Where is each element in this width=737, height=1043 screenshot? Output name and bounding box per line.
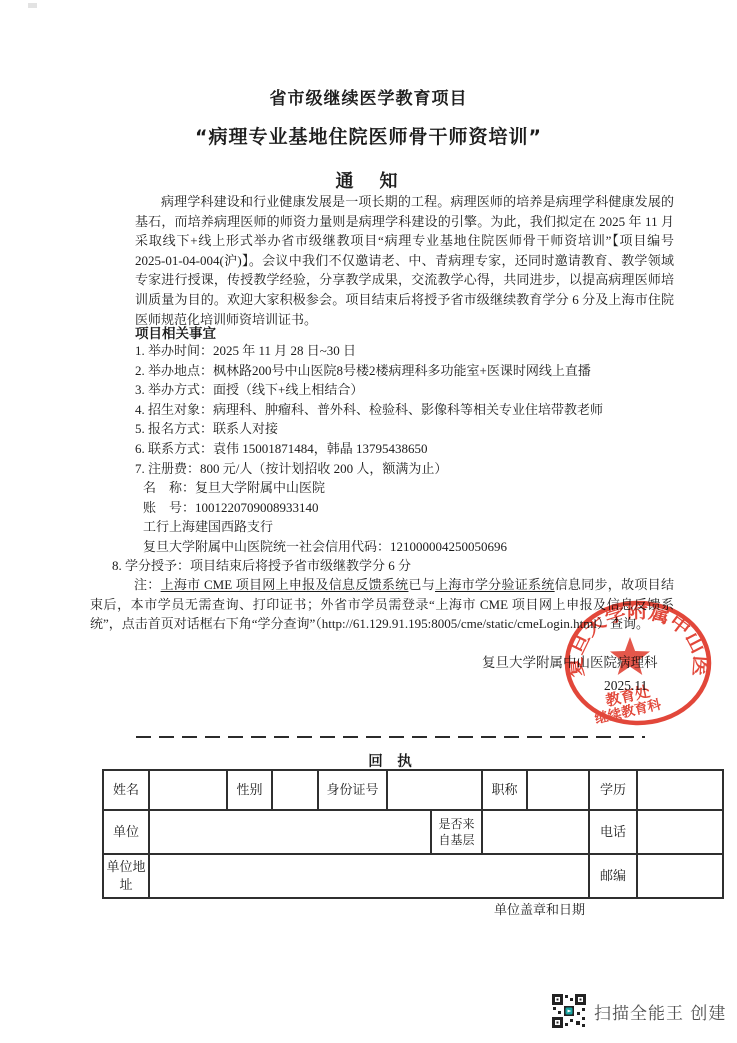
value-cell-education xyxy=(637,770,723,810)
label-phone: 电话 xyxy=(589,810,637,854)
label-org-address: 单位地址 xyxy=(103,854,149,898)
value-cell-org xyxy=(149,810,431,854)
value-cell-from-grassroots xyxy=(482,810,589,854)
cme-system-name: 上海市 CME 项目网上申报及信息反馈系统 xyxy=(161,577,409,592)
item-contacts: 6. 联系方式：袁伟 15001871484，韩晶 13795438650 xyxy=(135,439,680,459)
item-audience: 4. 招生对象：病理科、肿瘤科、普外科、检验科、影像科等相关专业住培带教老师 xyxy=(135,400,680,420)
value-cell-org-address xyxy=(149,854,589,898)
item-credits: 8. 学分授予：项目结束后将授予省市级继教学分 6 分 xyxy=(112,556,411,576)
item-registration: 5. 报名方式：联系人对接 xyxy=(135,419,680,439)
intro-paragraph: 病理学科建设和行业健康发展是一项长期的工程。病理医师的培养是病理学科健康发展的基… xyxy=(135,192,674,329)
stamp-date-note: 单位盖章和日期 xyxy=(494,899,585,918)
label-org: 单位 xyxy=(103,810,149,854)
item-fee: 7. 注册费：800 元/人（按计划招收 200 人，额满为止） xyxy=(135,459,680,479)
seal-star-icon xyxy=(610,637,650,675)
scan-speck xyxy=(28,3,37,8)
camscanner-watermark: 扫描全能王 创建 xyxy=(551,993,726,1029)
scanned-notice-page: 省市级继续医学教育项目 “病理专业基地住院医师骨干师资培训” 通 知 病理学科建… xyxy=(0,0,737,1043)
section-heading: 项目相关事宜 xyxy=(135,322,216,342)
value-cell-job-title xyxy=(527,770,589,810)
label-zip: 邮编 xyxy=(589,854,637,898)
tear-off-dashed-line xyxy=(136,736,645,738)
bank-info: 名 称：复旦大学附属中山医院 账 号：1001220709008933140 工… xyxy=(143,478,683,556)
value-cell-phone xyxy=(637,810,723,854)
label-gender: 性别 xyxy=(227,770,272,810)
item-time: 1. 举办时间：2025 年 11 月 28 日~30 日 xyxy=(135,341,680,361)
reply-slip-title: 回 执 xyxy=(80,750,700,771)
label-id-number: 身份证号 xyxy=(318,770,387,810)
item-list: 1. 举办时间：2025 年 11 月 28 日~30 日 2. 举办地点：枫林… xyxy=(135,341,680,478)
note-mid: 已与 xyxy=(408,577,435,592)
program-title: 省市级继续医学教育项目 xyxy=(0,84,737,109)
value-cell-zip xyxy=(637,854,723,898)
bank-account-number: 账 号：1001220709008933140 xyxy=(143,498,683,518)
project-title: “病理专业基地住院医师骨干师资培训” xyxy=(0,122,737,149)
item-venue: 2. 举办地点：枫林路200号中山医院8号楼2楼病理科多功能室+医课时网线上直播 xyxy=(135,361,680,381)
value-cell-id-number xyxy=(387,770,482,810)
credit-code: 复旦大学附属中山医院统一社会信用代码：121000004250050696 xyxy=(143,537,683,557)
bank-branch: 工行上海建国西路支行 xyxy=(143,517,683,537)
note-prefix: 注： xyxy=(134,577,161,592)
table-row: 姓名 性别 身份证号 职称 学历 xyxy=(103,770,723,810)
value-cell-name xyxy=(149,770,227,810)
label-name: 姓名 xyxy=(103,770,149,810)
credit-verify-system-name: 上海市学分验证系统 xyxy=(435,577,555,592)
official-seal: 复旦大学附属中山医院 教育处 继续教育科 xyxy=(564,599,714,729)
reply-slip-table: 姓名 性别 身份证号 职称 学历 单位 是否来自基层 电话 单位地址 邮编 xyxy=(102,769,724,899)
label-education: 学历 xyxy=(589,770,637,810)
table-row: 单位 是否来自基层 电话 xyxy=(103,810,723,854)
notice-heading: 通 知 xyxy=(0,167,737,193)
camscanner-watermark-label: 扫描全能王 创建 xyxy=(594,999,726,1024)
bank-account-name: 名 称：复旦大学附属中山医院 xyxy=(143,478,683,498)
table-row: 单位地址 邮编 xyxy=(103,854,723,898)
label-job-title: 职称 xyxy=(482,770,527,810)
item-format: 3. 举办方式：面授（线下+线上相结合） xyxy=(135,380,680,400)
qr-code-icon xyxy=(551,993,587,1029)
value-cell-gender xyxy=(272,770,318,810)
label-from-grassroots: 是否来自基层 xyxy=(431,810,482,854)
